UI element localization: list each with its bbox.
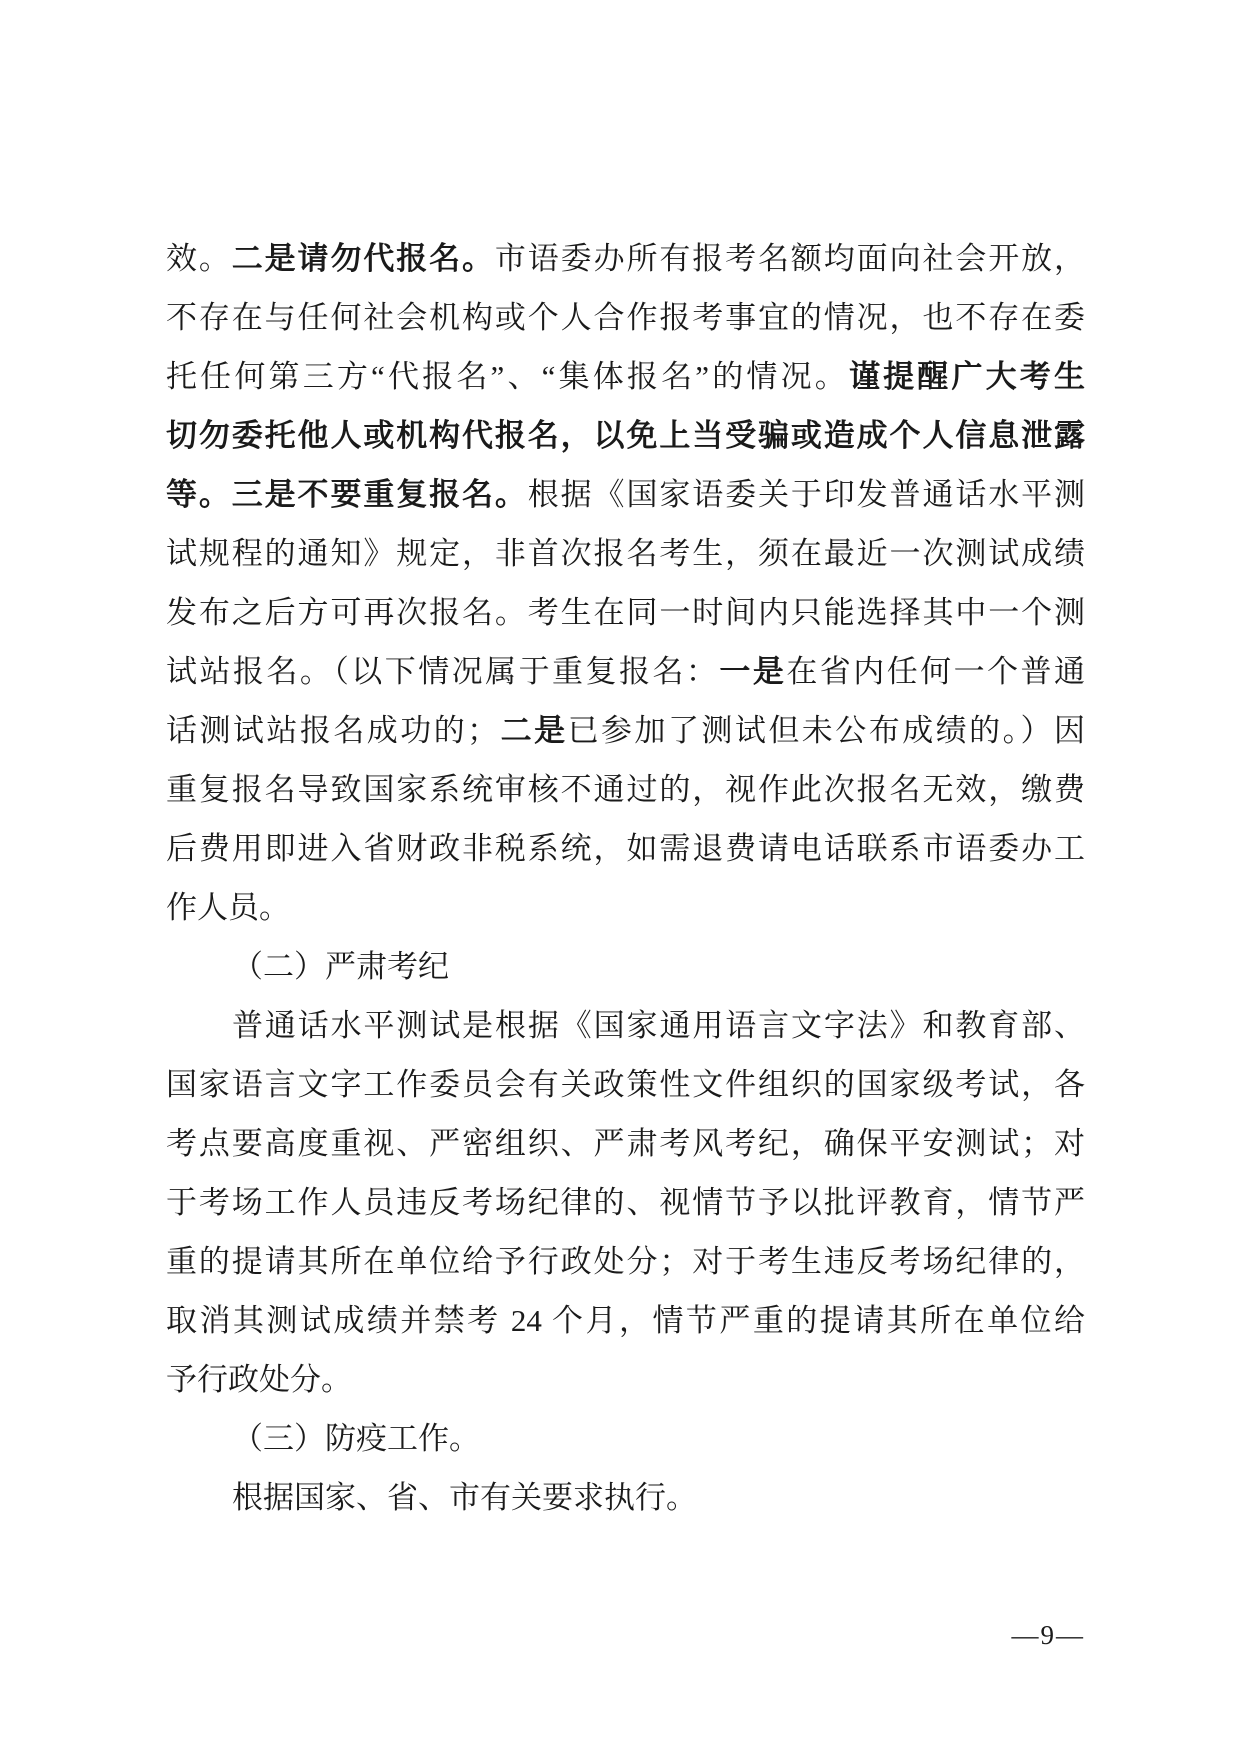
- text-line: 根据国家、省、市有关要求执行。: [166, 1468, 1085, 1527]
- text-segment: 普通话水平测试是根据《国家通用语言文字法》和教育部、: [232, 1008, 1085, 1043]
- text-segment: 根据《国家语委关于印发普通话水平测: [528, 477, 1085, 512]
- heading-line: （三）防疫工作。: [166, 1409, 1085, 1468]
- text-line: 考点要高度重视、严密组织、严肃考风考纪，确保平安测试；对: [166, 1114, 1085, 1173]
- text-segment: 已参加了测试但未公布成绩的。）因: [568, 713, 1085, 748]
- text-segment-bold: 谨提醒广大考生: [849, 359, 1085, 394]
- text-line: 发布之后方可再次报名。考生在同一时间内只能选择其中一个测: [166, 583, 1085, 642]
- text-segment: 市语委办所有报考名额均面向社会开放，: [495, 241, 1085, 276]
- text-line: 予行政处分。: [166, 1350, 1085, 1409]
- text-line: 取消其测试成绩并禁考 24 个月，情节严重的提请其所在单位给: [166, 1291, 1085, 1350]
- text-line: 效。二是请勿代报名。市语委办所有报考名额均面向社会开放，: [166, 229, 1085, 288]
- text-line: 重的提请其所在单位给予行政处分；对于考生违反考场纪律的，: [166, 1232, 1085, 1291]
- text-line: 切勿委托他人或机构代报名，以免上当受骗或造成个人信息泄露: [166, 406, 1085, 465]
- text-segment: 发布之后方可再次报名。考生在同一时间内只能选择其中一个测: [166, 595, 1085, 630]
- text-line: 不存在与任何社会机构或个人合作报考事宜的情况，也不存在委: [166, 288, 1085, 347]
- text-segment: 在省内任何一个普通: [786, 654, 1085, 689]
- text-segment: 不存在与任何社会机构或个人合作报考事宜的情况，也不存在委: [166, 300, 1085, 335]
- text-segment-bold: 一是: [719, 654, 786, 689]
- text-line: 试规程的通知》规定，非首次报名考生，须在最近一次测试成绩: [166, 524, 1085, 583]
- text-segment: 国家语言文字工作委员会有关政策性文件组织的国家级考试，各: [166, 1067, 1085, 1102]
- text-line: 作人员。: [166, 878, 1085, 937]
- text-line: 后费用即进入省财政非税系统，如需退费请电话联系市语委办工: [166, 819, 1085, 878]
- document-body: 效。二是请勿代报名。市语委办所有报考名额均面向社会开放，不存在与任何社会机构或个…: [166, 229, 1085, 1527]
- text-line: 于考场工作人员违反考场纪律的、视情节予以批评教育，情节严: [166, 1173, 1085, 1232]
- document-page: 效。二是请勿代报名。市语委办所有报考名额均面向社会开放，不存在与任何社会机构或个…: [0, 0, 1240, 1754]
- text-segment-bold: 二是: [498, 713, 567, 748]
- heading-line: （二）严肃考纪: [166, 937, 1085, 996]
- text-segment: （三）防疫工作。: [232, 1421, 480, 1456]
- text-segment: 取消其测试成绩并禁考 24 个月，情节严重的提请其所在单位给: [166, 1303, 1085, 1338]
- text-line: 国家语言文字工作委员会有关政策性文件组织的国家级考试，各: [166, 1055, 1085, 1114]
- text-segment: （二）严肃考纪: [232, 949, 449, 984]
- text-segment: 试站报名。（以下情况属于重复报名：: [166, 654, 719, 689]
- text-segment: 后费用即进入省财政非税系统，如需退费请电话联系市语委办工: [166, 831, 1085, 866]
- text-segment: 根据国家、省、市有关要求执行。: [232, 1480, 697, 1515]
- text-line: 试站报名。（以下情况属于重复报名：一是在省内任何一个普通: [166, 642, 1085, 701]
- text-segment-bold: 二是请勿代报名。: [232, 241, 495, 276]
- text-segment: 重复报名导致国家系统审核不通过的，视作此次报名无效，缴费: [166, 772, 1085, 807]
- text-segment-bold: 等。三是不要重复报名。: [166, 477, 528, 512]
- text-segment: 作人员。: [166, 890, 290, 925]
- text-segment: 试规程的通知》规定，非首次报名考生，须在最近一次测试成绩: [166, 536, 1085, 571]
- page-number: —9—: [1012, 1620, 1086, 1650]
- text-segment: 托任何第三方“代报名”、“集体报名”的情况。: [166, 359, 849, 394]
- text-line: 等。三是不要重复报名。根据《国家语委关于印发普通话水平测: [166, 465, 1085, 524]
- text-line: 话测试站报名成功的；二是已参加了测试但未公布成绩的。）因: [166, 701, 1085, 760]
- text-segment-bold: 切勿委托他人或机构代报名，以免上当受骗或造成个人信息泄露: [166, 418, 1085, 453]
- text-line: 重复报名导致国家系统审核不通过的，视作此次报名无效，缴费: [166, 760, 1085, 819]
- text-segment: 话测试站报名成功的；: [166, 713, 498, 748]
- text-segment: 予行政处分。: [166, 1362, 352, 1397]
- text-line: 普通话水平测试是根据《国家通用语言文字法》和教育部、: [166, 996, 1085, 1055]
- text-segment: 于考场工作人员违反考场纪律的、视情节予以批评教育，情节严: [166, 1185, 1085, 1220]
- text-line: 托任何第三方“代报名”、“集体报名”的情况。谨提醒广大考生: [166, 347, 1085, 406]
- text-segment: 考点要高度重视、严密组织、严肃考风考纪，确保平安测试；对: [166, 1126, 1085, 1161]
- text-segment: 重的提请其所在单位给予行政处分；对于考生违反考场纪律的，: [166, 1244, 1085, 1279]
- text-segment: 效。: [166, 241, 232, 276]
